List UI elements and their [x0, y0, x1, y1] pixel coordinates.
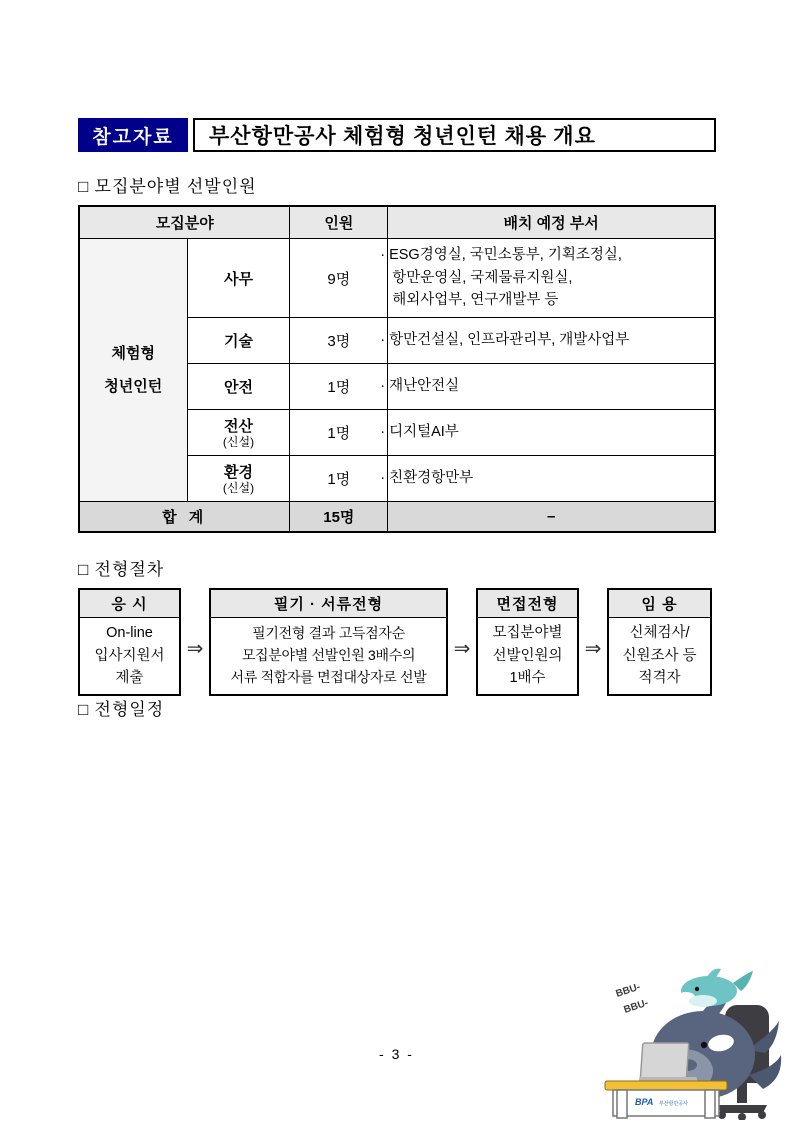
table-total-row: 합 계 15명 – — [79, 502, 715, 533]
field-label: 전산 — [224, 418, 253, 435]
field-cell: 전산(신설) — [187, 410, 290, 456]
field-cell: 사무 — [187, 239, 290, 318]
arrow-right-icon: ⇒ — [579, 636, 607, 661]
flow-step-title: 면접전형 — [478, 590, 577, 618]
dept-cell: · ESG경영실, 국민소통부, 기획조정실, 항만운영실, 국제물류지원실, … — [388, 239, 715, 318]
count-cell: 1명 — [290, 364, 388, 410]
flow-step-title: 필기 · 서류전형 — [211, 590, 446, 618]
reference-badge: 참고자료 — [78, 118, 188, 152]
section-heading-schedule: □ 전형일정 — [78, 695, 164, 720]
recruit-table: 모집분야 인원 배치 예정 부서 체험형 청년인턴 사무 9명 · ESG경영실… — [78, 205, 716, 533]
desk: BPA 부산항만공사 — [605, 1081, 727, 1118]
total-label-cell: 합 계 — [79, 502, 290, 533]
flow-step-body: On-line 입사지원서 제출 — [80, 618, 179, 694]
document-page: 참고자료 부산항만공사 체험형 청년인턴 채용 개요 □ 모집분야별 선발인원 … — [0, 0, 793, 1122]
flow-step-body: 필기전형 결과 고득점자순 모집분야별 선발인원 3배수의 서류 적합자를 면접… — [211, 618, 446, 694]
speech-line-2: BBU- — [623, 998, 650, 1016]
flow-step-body: 모집분야별 선발인원의 1배수 — [478, 618, 577, 694]
bpa-orca-mascot-illustration: BBU- BBU- BPA 부산항만공사 — [587, 955, 787, 1120]
desk-bpa-text: 부산항만공사 — [659, 1100, 688, 1107]
dolphin-character — [677, 969, 753, 1007]
speech-text: BBU- BBU- — [615, 982, 650, 1016]
flow-step-body: 신체검사/ 신원조사 등 적격자 — [609, 618, 710, 694]
page-title: 부산항만공사 체험형 청년인턴 채용 개요 — [193, 118, 716, 152]
field-note: (신설) — [192, 436, 286, 451]
table-header-row: 모집분야 인원 배치 예정 부서 — [79, 206, 715, 239]
document-header: 참고자료 부산항만공사 체험형 청년인턴 채용 개요 — [78, 118, 716, 152]
desk-bpa-logo: BPA — [635, 1097, 653, 1107]
col-header-field: 모집분야 — [79, 206, 290, 239]
flow-step-title: 임 용 — [609, 590, 710, 618]
count-cell: 1명 — [290, 410, 388, 456]
flow-step-appointment: 임 용 신체검사/ 신원조사 등 적격자 — [607, 588, 712, 696]
total-dash-cell: – — [388, 502, 715, 533]
field-cell: 기술 — [187, 318, 290, 364]
flow-step-title: 응 시 — [80, 590, 179, 618]
flow-step-interview: 면접전형 모집분야별 선발인원의 1배수 — [476, 588, 579, 696]
arrow-right-icon: ⇒ — [181, 636, 209, 661]
speech-line-1: BBU- — [615, 982, 642, 1000]
count-cell: 3명 — [290, 318, 388, 364]
group-label-cell: 체험형 청년인턴 — [79, 239, 187, 502]
dept-cell: · 재난안전실 — [388, 364, 715, 410]
dept-cell: · 친환경항만부 — [388, 456, 715, 502]
field-label: 환경 — [224, 464, 253, 481]
table-row: 체험형 청년인턴 사무 9명 · ESG경영실, 국민소통부, 기획조정실, 항… — [79, 239, 715, 318]
process-flow: 응 시 On-line 입사지원서 제출 ⇒ 필기 · 서류전형 필기전형 결과… — [78, 588, 712, 696]
field-cell: 안전 — [187, 364, 290, 410]
arrow-right-icon: ⇒ — [448, 636, 476, 661]
count-cell: 9명 — [290, 239, 388, 318]
field-note: (신설) — [192, 482, 286, 497]
flow-step-apply: 응 시 On-line 입사지원서 제출 — [78, 588, 181, 696]
col-header-count: 인원 — [290, 206, 388, 239]
total-count-cell: 15명 — [290, 502, 388, 533]
dept-cell: · 항만건설실, 인프라관리부, 개발사업부 — [388, 318, 715, 364]
flow-step-written-document: 필기 · 서류전형 필기전형 결과 고득점자순 모집분야별 선발인원 3배수의 … — [209, 588, 448, 696]
section-heading-process: □ 전형절차 — [78, 555, 164, 580]
count-cell: 1명 — [290, 456, 388, 502]
section-heading-recruit: □ 모집분야별 선발인원 — [78, 172, 257, 197]
field-cell: 환경(신설) — [187, 456, 290, 502]
dept-cell: · 디지털AI부 — [388, 410, 715, 456]
col-header-dept: 배치 예정 부서 — [388, 206, 715, 239]
